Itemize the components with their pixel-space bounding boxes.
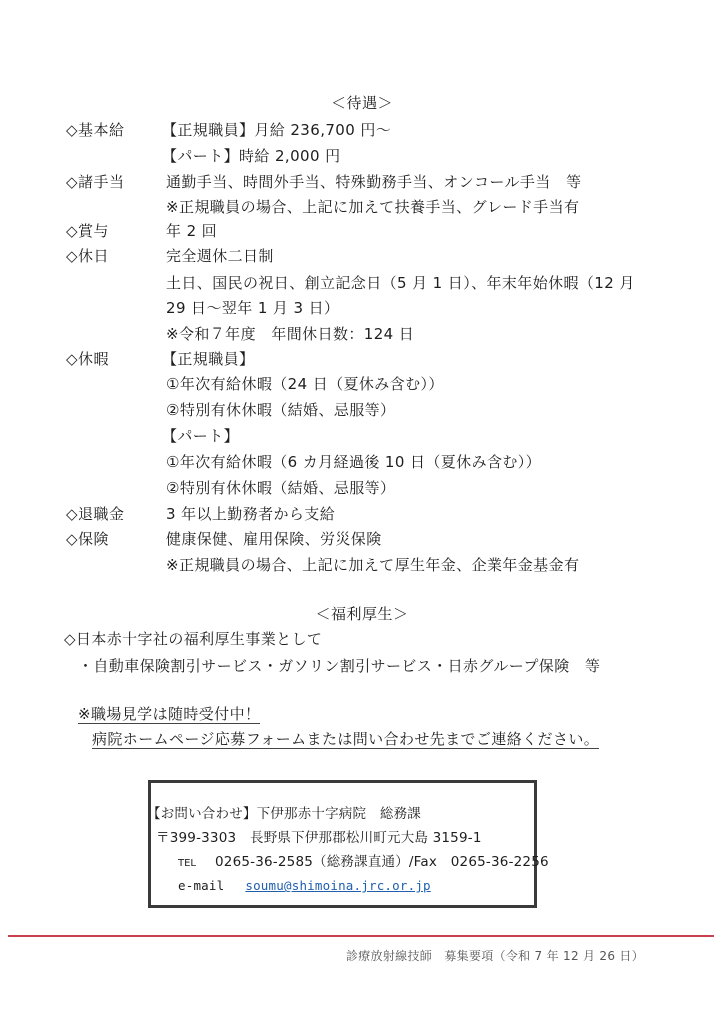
- retirement-value: 3 年以上勤務者から支給: [166, 503, 335, 525]
- leave-row-3: ②特別有休休暇（結婚、忌服等）: [0, 399, 724, 421]
- treatment-section-title: ＜待遇＞: [0, 93, 724, 113]
- footer-divider: [8, 935, 714, 937]
- allowances-note: ※正規職員の場合、上記に加えて扶養手当、グレード手当有: [166, 196, 579, 218]
- holidays-days: 土日、国民の祝日、創立記念日（5 月 1 日）、年末年始休暇（12 月: [166, 272, 635, 294]
- holidays-days-cont: 29 日～翌年 1 月 3 日）: [166, 297, 339, 319]
- retirement-label: ◇退職金: [66, 503, 125, 525]
- leave-label: ◇休暇: [66, 348, 109, 370]
- document-page: ＜待遇＞ ◇基本給 【正規職員】月給 236,700 円～ 【パート】時給 2,…: [0, 0, 724, 1024]
- insurance-note: ※正規職員の場合、上記に加えて厚生年金、企業年金基金有: [166, 554, 579, 576]
- holidays-row-3: 29 日～翌年 1 月 3 日）: [0, 297, 724, 319]
- leave-fulltime-special: ②特別有休休暇（結婚、忌服等）: [166, 399, 395, 421]
- insurance-label: ◇保険: [66, 528, 109, 550]
- holidays-row: ◇休日 完全週休二日制: [0, 245, 724, 267]
- basic-salary-parttime: 【パート】時給 2,000 円: [162, 145, 340, 167]
- contact-postal-address: 〒399-3303 長野県下伊那郡松川町元大島 3159-1: [156, 829, 482, 847]
- insurance-list: 健康保健、雇用保険、労災保険: [166, 528, 382, 550]
- notice-line-1: ※職場見学は随時受付中！: [78, 703, 260, 725]
- notice-contact-text: 病院ホームページ応募フォームまたは問い合わせ先までご連絡ください。: [92, 730, 599, 749]
- basic-salary-row-2: 【パート】時給 2,000 円: [0, 145, 724, 167]
- footer-caption: 診療放射線技師 募集要項（令和 7 年 12 月 26 日）: [346, 948, 644, 964]
- leave-row-2: ①年次有給休暇（24 日（夏休み含む））: [0, 373, 724, 395]
- welfare-heading: ◇日本赤十字社の福利厚生事業として: [64, 628, 322, 650]
- leave-row-5: ①年次有給休暇（6 カ月経過後 10 日（夏休み含む））: [0, 451, 724, 473]
- retirement-row: ◇退職金 3 年以上勤務者から支給: [0, 503, 724, 525]
- leave-fulltime-annual: ①年次有給休暇（24 日（夏休み含む））: [166, 373, 444, 395]
- contact-heading: 【お問い合わせ】下伊那赤十字病院 総務課: [147, 805, 421, 823]
- allowances-label: ◇諸手当: [66, 171, 125, 193]
- basic-salary-label: ◇基本給: [66, 119, 125, 141]
- contact-box: 【お問い合わせ】下伊那赤十字病院 総務課 〒399-3303 長野県下伊那郡松川…: [148, 780, 537, 908]
- contact-tel-fax: 0265-36-2585（総務課直通）/Fax 0265-36-2256: [215, 854, 549, 870]
- leave-row-4: 【パート】: [0, 425, 724, 447]
- basic-salary-row: ◇基本給 【正規職員】月給 236,700 円～: [0, 119, 724, 141]
- leave-parttime-special: ②特別有休休暇（結婚、忌服等）: [166, 477, 395, 499]
- holidays-annual-count: ※令和７年度 年間休日数：124 日: [166, 323, 414, 345]
- email-label: e-mail: [178, 878, 224, 893]
- email-link[interactable]: soumu@shimoina.jrc.or.jp: [245, 878, 430, 893]
- bonus-label: ◇賞与: [66, 220, 109, 242]
- holidays-label: ◇休日: [66, 245, 109, 267]
- tel-icon: TEL: [178, 858, 196, 869]
- holidays-row-2: 土日、国民の祝日、創立記念日（5 月 1 日）、年末年始休暇（12 月: [0, 272, 724, 294]
- notice-visit-text: ※職場見学は随時受付中！: [78, 705, 260, 724]
- holidays-system: 完全週休二日制: [166, 245, 274, 267]
- bonus-row: ◇賞与 年 2 回: [0, 220, 724, 242]
- insurance-row-2: ※正規職員の場合、上記に加えて厚生年金、企業年金基金有: [0, 554, 724, 576]
- insurance-row: ◇保険 健康保健、雇用保険、労災保険: [0, 528, 724, 550]
- leave-row: ◇休暇 【正規職員】: [0, 348, 724, 370]
- welfare-items: ・自動車保険割引サービス・ガソリン割引サービス・日赤グループ保険 等: [78, 655, 600, 677]
- leave-fulltime-heading: 【正規職員】: [162, 348, 254, 370]
- holidays-row-4: ※令和７年度 年間休日数：124 日: [0, 323, 724, 345]
- notice-line-2: 病院ホームページ応募フォームまたは問い合わせ先までご連絡ください。: [92, 728, 599, 750]
- leave-parttime-heading: 【パート】: [162, 425, 239, 447]
- contact-email-line: e-mail soumu@shimoina.jrc.or.jp: [178, 877, 431, 895]
- allowances-list: 通勤手当、時間外手当、特殊勤務手当、オンコール手当 等: [166, 171, 582, 193]
- allowances-row: ◇諸手当 通勤手当、時間外手当、特殊勤務手当、オンコール手当 等: [0, 171, 724, 193]
- leave-parttime-annual: ①年次有給休暇（6 カ月経過後 10 日（夏休み含む））: [166, 451, 541, 473]
- contact-tel-line: TEL 0265-36-2585（総務課直通）/Fax 0265-36-2256: [178, 853, 549, 873]
- allowances-row-2: ※正規職員の場合、上記に加えて扶養手当、グレード手当有: [0, 196, 724, 218]
- welfare-section-title: ＜福利厚生＞: [0, 604, 724, 624]
- bonus-value: 年 2 回: [166, 220, 217, 242]
- basic-salary-fulltime: 【正規職員】月給 236,700 円～: [162, 119, 391, 141]
- leave-row-6: ②特別有休休暇（結婚、忌服等）: [0, 477, 724, 499]
